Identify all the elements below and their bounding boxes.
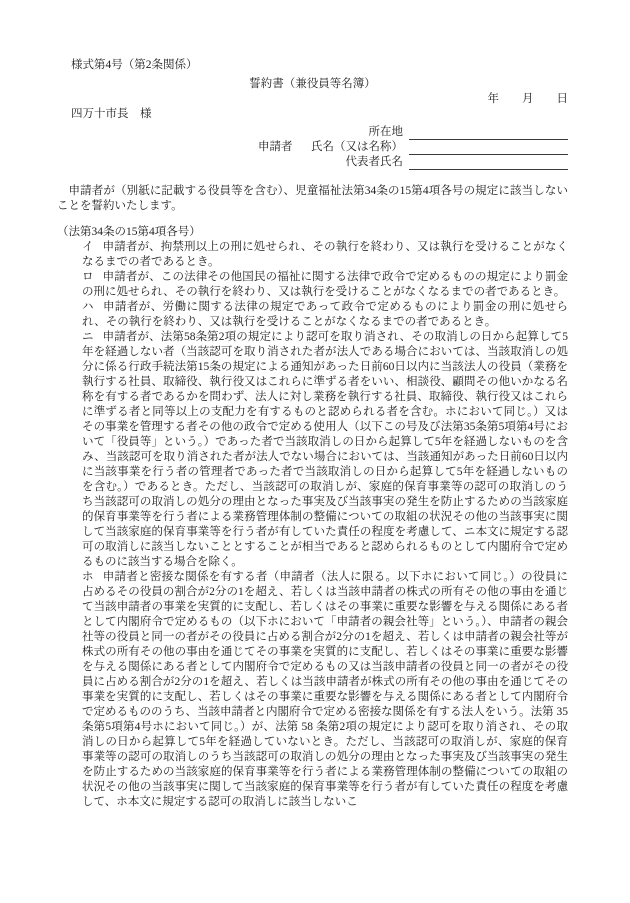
item-text: 申請者が、この法律その他国民の福祉に関する法律で政令で定めるものの規定により罰金… (82, 271, 568, 298)
page-title: 誓約書（兼役員等名簿） (57, 77, 568, 92)
list-item: ホ申請者と密接な関係を有する者（申請者（法人に限る。以下ホにおいて同じ。）の役員… (57, 570, 568, 810)
form-number: 様式第4号（第2条関係） (57, 58, 568, 73)
applicant-fields: 所在地 氏名（又は名称） 代表者氏名 (57, 125, 568, 170)
field-row: 所在地 (57, 125, 568, 140)
item-list: イ申請者が、拘禁刑以上の刑に処せられ、その執行を終わり、又は執行を受けることがな… (57, 240, 568, 810)
field-underline[interactable] (409, 156, 568, 170)
field-label: 所在地 (57, 125, 403, 140)
document-page: 様式第4号（第2条関係） 誓約書（兼役員等名簿） 年 月 日 四万十市長 様 申… (0, 0, 630, 903)
field-label: 氏名（又は名称） (57, 140, 403, 155)
list-item: イ申請者が、拘禁刑以上の刑に処せられ、その執行を終わり、又は執行を受けることがな… (57, 240, 568, 270)
date-line: 年 月 日 (57, 92, 568, 107)
pledge-paragraph: 申請者が（別紙に記載する役員等を含む）、児童福祉法第34条の15第4項各号の規定… (57, 184, 568, 214)
addressee: 四万十市長 様 (57, 107, 568, 122)
item-label: イ (82, 241, 94, 253)
section-heading: （法第34条の15第4項各号） (57, 225, 568, 240)
item-label: ロ (82, 271, 94, 283)
item-label: ハ (82, 301, 94, 313)
field-row: 代表者氏名 (57, 155, 568, 170)
applicant-label: 申請者 (258, 140, 293, 155)
list-item: ハ申請者が、労働に関する法律の規定であって政令で定めるものにより罰金の刑に処せら… (57, 300, 568, 330)
item-label: ホ (82, 571, 94, 583)
field-underline[interactable] (409, 141, 568, 155)
list-item: ニ申請者が、法第58条第2項の規定により認可を取り消され、その取消しの日から起算… (57, 330, 568, 570)
field-label: 代表者氏名 (57, 155, 403, 170)
item-text: 申請者が、法第58条第2項の規定により認可を取り消され、その取消しの日から起算し… (82, 331, 568, 568)
field-row: 氏名（又は名称） (57, 140, 568, 155)
item-text: 申請者が、労働に関する法律の規定であって政令で定めるものにより罰金の刑に処せられ… (82, 301, 568, 328)
item-text: 申請者と密接な関係を有する者（申請者（法人に限る。以下ホにおいて同じ。）の役員に… (82, 571, 568, 808)
item-text: 申請者が、拘禁刑以上の刑に処せられ、その執行を終わり、又は執行を受けることがなく… (82, 241, 568, 268)
applicant-block: 申請者 所在地 氏名（又は名称） 代表者氏名 (57, 125, 568, 170)
list-item: ロ申請者が、この法律その他国民の福祉に関する法律で政令で定めるものの規定により罰… (57, 270, 568, 300)
field-underline[interactable] (409, 126, 568, 140)
item-label: ニ (82, 331, 94, 343)
